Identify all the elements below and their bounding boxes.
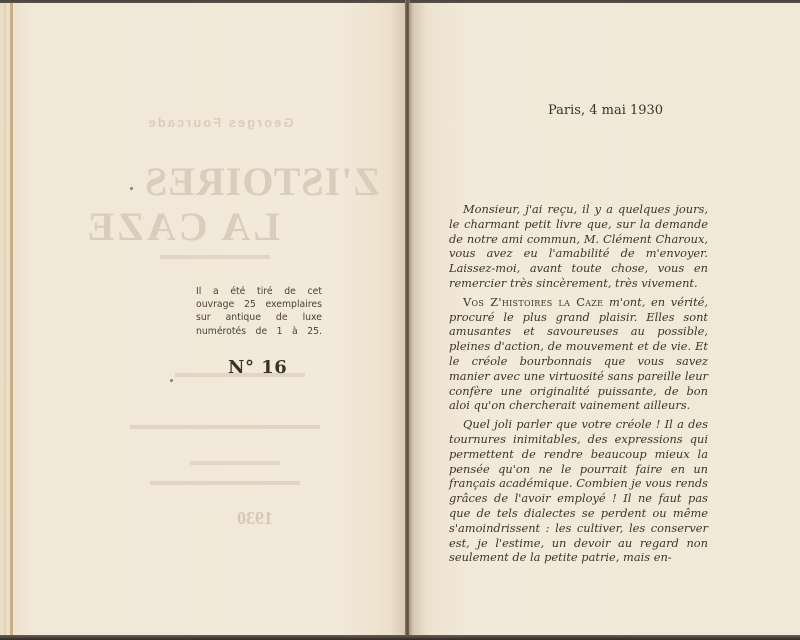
letter-body: Monsieur, j'ai reçu, il y a quelques jou… (449, 202, 708, 569)
colophon-line: sur antique de luxe (196, 311, 322, 324)
colophon-line: numérotés de 1 à 25. (196, 325, 322, 338)
showthrough-title-line2: LA CAZE (130, 203, 280, 250)
showthrough-rule (160, 255, 270, 259)
paper-speck (170, 379, 173, 382)
left-page: Georges Fourcade Z'ISTOIRES LA CAZE 1930… (0, 3, 408, 635)
letter-date: Paris, 4 mai 1930 (548, 103, 663, 118)
page-edge (4, 3, 6, 635)
colophon-justification: Il a été tiré de cet ouvrage 25 exemplai… (196, 285, 322, 338)
showthrough-author: Georges Fourcade (120, 115, 320, 130)
letter-paragraph: Quel joli parler que votre créole ! Il a… (449, 417, 708, 565)
colophon-line: Il a été tiré de cet (196, 285, 322, 298)
paper-speck (130, 187, 133, 190)
copy-number: N° 16 (228, 357, 287, 378)
page-edge-fold (10, 3, 13, 635)
book-title-small-caps: Z'histoires la Caze (490, 295, 603, 309)
bottom-edge-shadow (0, 635, 800, 640)
showthrough-rule (150, 481, 300, 485)
showthrough-rule (130, 425, 320, 429)
showthrough-rule (190, 461, 280, 465)
showthrough-year: 1930 (225, 508, 285, 529)
showthrough-title-line1: Z'ISTOIRES (200, 158, 380, 205)
paragraph-text: m'ont, en vérité, procuré le plus grand … (449, 295, 708, 413)
letter-paragraph: Vos Z'histoires la Caze m'ont, en vérité… (449, 295, 708, 413)
paragraph-prefix: Vos (463, 295, 490, 309)
colophon-line: ouvrage 25 exemplaires (196, 298, 322, 311)
letter-paragraph: Monsieur, j'ai reçu, il y a quelques jou… (449, 202, 708, 291)
